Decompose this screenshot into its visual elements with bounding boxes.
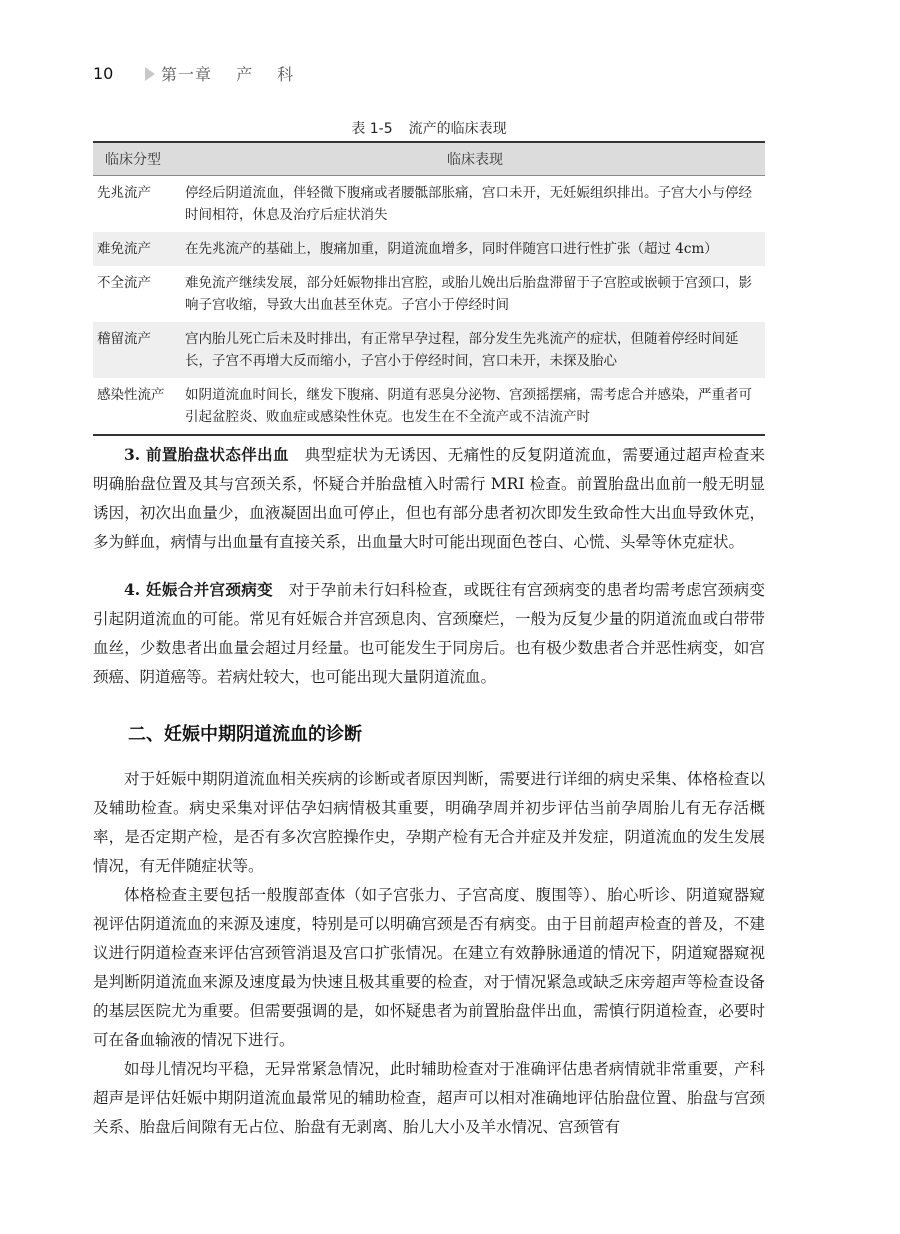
column-header: 临床表现	[185, 142, 765, 176]
table-row: 不全流产 难免流产继续发展，部分妊娠物排出宫腔，或胎儿娩出后胎盘滞留于子宫腔或嵌…	[93, 266, 765, 322]
column-header: 临床分型	[93, 142, 185, 176]
page-number: 10	[93, 64, 145, 83]
table-caption: 表 1-5流产的临床表现	[93, 118, 765, 138]
table-row: 难免流产 在先兆流产的基础上，腹痛加重，阴道流血增多，同时伴随宫口进行性扩张（超…	[93, 232, 765, 266]
chapter-title: 第一章 产 科	[161, 62, 294, 85]
cell-desc: 如阴道流血时间长，继发下腹痛、阴道有恶臭分泌物、宫颈摇摆痛，需考虑合并感染，严重…	[185, 378, 765, 435]
cell-type: 难免流产	[93, 232, 185, 266]
cell-type: 不全流产	[93, 266, 185, 322]
running-head: 10 第一章 产 科	[93, 62, 294, 85]
table-row: 感染性流产 如阴道流血时间长，继发下腹痛、阴道有恶臭分泌物、宫颈摇摆痛，需考虑合…	[93, 378, 765, 435]
paragraph: 体格检查主要包括一般腹部查体（如子宫张力、子宫高度、腹围等）、胎心听诊、阴道窥器…	[93, 881, 765, 1055]
section-3-placenta-previa: 3. 前置胎盘状态伴出血 典型症状为无诱因、无痛性的反复阴道流血，需要通过超声检…	[93, 440, 765, 557]
cell-type: 先兆流产	[93, 176, 185, 233]
paragraph: 如母儿情况均平稳，无异常紧急情况，此时辅助检查对于准确评估患者病情就非常重要，产…	[93, 1055, 765, 1142]
cell-type: 感染性流产	[93, 378, 185, 435]
table-row: 先兆流产 停经后阴道流血，伴轻微下腹痛或者腰骶部胀痛，宫口未开，无妊娠组织排出。…	[93, 176, 765, 233]
table-title: 流产的临床表现	[409, 121, 507, 137]
abortion-table: 临床分型 临床表现 先兆流产 停经后阴道流血，伴轻微下腹痛或者腰骶部胀痛，宫口未…	[93, 141, 765, 436]
cell-desc: 停经后阴道流血，伴轻微下腹痛或者腰骶部胀痛，宫口未开，无妊娠组织排出。子宫大小与…	[185, 176, 765, 233]
section-4-cervical-lesion: 4. 妊娠合并宫颈病变 对于孕前未行妇科检查，或既往有宫颈病变的患者均需考虑宫颈…	[93, 575, 765, 692]
triangle-right-icon	[145, 67, 155, 81]
table-row: 稽留流产 宫内胎儿死亡后未及时排出，有正常早孕过程，部分发生先兆流产的症状，但随…	[93, 322, 765, 378]
table-header-row: 临床分型 临床表现	[93, 142, 765, 176]
cell-desc: 难免流产继续发展，部分妊娠物排出宫腔，或胎儿娩出后胎盘滞留于子宫腔或嵌顿于宫颈口…	[185, 266, 765, 322]
section-4-title: 4. 妊娠合并宫颈病变	[124, 580, 273, 599]
diagnosis-body: 对于妊娠中期阴道流血相关疾病的诊断或者原因判断，需要进行详细的病史采集、体格检查…	[93, 765, 765, 1142]
paragraph: 对于妊娠中期阴道流血相关疾病的诊断或者原因判断，需要进行详细的病史采集、体格检查…	[93, 765, 765, 881]
cell-type: 稽留流产	[93, 322, 185, 378]
cell-desc: 宫内胎儿死亡后未及时排出，有正常早孕过程，部分发生先兆流产的症状，但随着停经时间…	[185, 322, 765, 378]
cell-desc: 在先兆流产的基础上，腹痛加重，阴道流血增多，同时伴随宫口进行性扩张（超过 4cm…	[185, 232, 765, 266]
section-3-title: 3. 前置胎盘状态伴出血	[124, 445, 289, 464]
section-heading: 二、妊娠中期阴道流血的诊断	[128, 720, 362, 746]
table-number: 表 1-5	[351, 121, 392, 137]
